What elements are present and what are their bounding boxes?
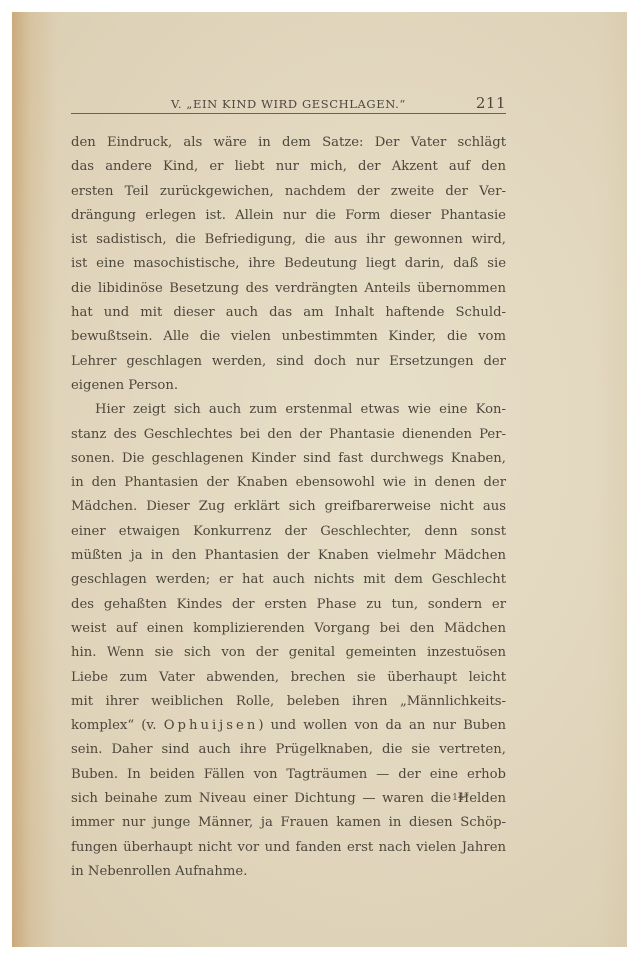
text-line: bewußtsein. Alle die vielen unbestimmten… xyxy=(71,325,506,349)
text-line: des gehaßten Kindes der ersten Phase zu … xyxy=(71,593,506,617)
text-line: Hier zeigt sich auch zum erstenmal etwas… xyxy=(71,398,506,422)
text-line: Liebe zum Vater abwenden, brechen sie üb… xyxy=(71,666,506,690)
text-line: das andere Kind, er liebt nur mich, der … xyxy=(71,155,506,179)
text-line: fungen überhaupt nicht vor und fanden er… xyxy=(71,836,506,860)
text-line: in den Phantasien der Knaben ebensowohl … xyxy=(71,471,506,495)
author-name-spaced: Ophuijsen xyxy=(164,718,259,733)
text-line: müßten ja in den Phantasien der Knaben v… xyxy=(71,544,506,568)
paragraph-2: Hier zeigt sich auch zum erstenmal etwas… xyxy=(71,398,506,884)
header-rule xyxy=(71,113,506,114)
text-line: Buben. In beiden Fällen von Tagträumen —… xyxy=(71,763,506,787)
text-line: Lehrer geschlagen werden, sind doch nur … xyxy=(71,350,506,374)
text-line: ist sadistisch, die Befriedigung, die au… xyxy=(71,228,506,252)
text-line-spaced-name: komplex“ (v. Ophuijsen) und wollen von d… xyxy=(71,714,506,738)
text-line: sein. Daher sind auch ihre Prügelknaben,… xyxy=(71,738,506,762)
page-number: 211 xyxy=(476,94,506,112)
running-header: V. „EIN KIND WIRD GESCHLAGEN.“ 211 xyxy=(71,94,506,114)
text-line: eigenen Person. xyxy=(71,374,506,398)
text-line: ersten Teil zurückgewichen, nachdem der … xyxy=(71,180,506,204)
body-text: den Eindruck, als wäre in dem Satze: Der… xyxy=(71,131,506,884)
paragraph-1: den Eindruck, als wäre in dem Satze: Der… xyxy=(71,131,506,398)
text-line: ist eine masochistische, ihre Bedeutung … xyxy=(71,252,506,276)
text-line: sonen. Die geschlagenen Kinder sind fast… xyxy=(71,447,506,471)
book-page: V. „EIN KIND WIRD GESCHLAGEN.“ 211 den E… xyxy=(12,12,627,947)
text-line: stanz des Geschlechtes bei den der Phant… xyxy=(71,423,506,447)
text-fragment: komplex“ (v. xyxy=(71,718,164,733)
text-line: Mädchen. Dieser Zug erklärt sich greifba… xyxy=(71,495,506,519)
text-line: hin. Wenn sie sich von der genital gemei… xyxy=(71,641,506,665)
text-line: immer nur junge Männer, ja Frauen kamen … xyxy=(71,811,506,835)
text-line: einer etwaigen Konkurrenz der Geschlecht… xyxy=(71,520,506,544)
signature-mark: 14* xyxy=(452,792,469,803)
text-line: den Eindruck, als wäre in dem Satze: Der… xyxy=(71,131,506,155)
text-line: mit ihrer weiblichen Rolle, beleben ihre… xyxy=(71,690,506,714)
running-title: V. „EIN KIND WIRD GESCHLAGEN.“ xyxy=(171,97,406,111)
text-line: drängung erlegen ist. Allein nur die For… xyxy=(71,204,506,228)
text-line: hat und mit dieser auch das am Inhalt ha… xyxy=(71,301,506,325)
text-fragment: ) und wollen von da an nur Buben xyxy=(258,718,506,733)
text-line: geschlagen werden; er hat auch nichts mi… xyxy=(71,568,506,592)
text-line: in Nebenrollen Aufnahme. xyxy=(71,860,506,884)
text-line: die libidinöse Besetzung des verdrängten… xyxy=(71,277,506,301)
text-line: sich beinahe zum Niveau einer Dichtung —… xyxy=(71,787,506,811)
text-line: weist auf einen komplizierenden Vorgang … xyxy=(71,617,506,641)
